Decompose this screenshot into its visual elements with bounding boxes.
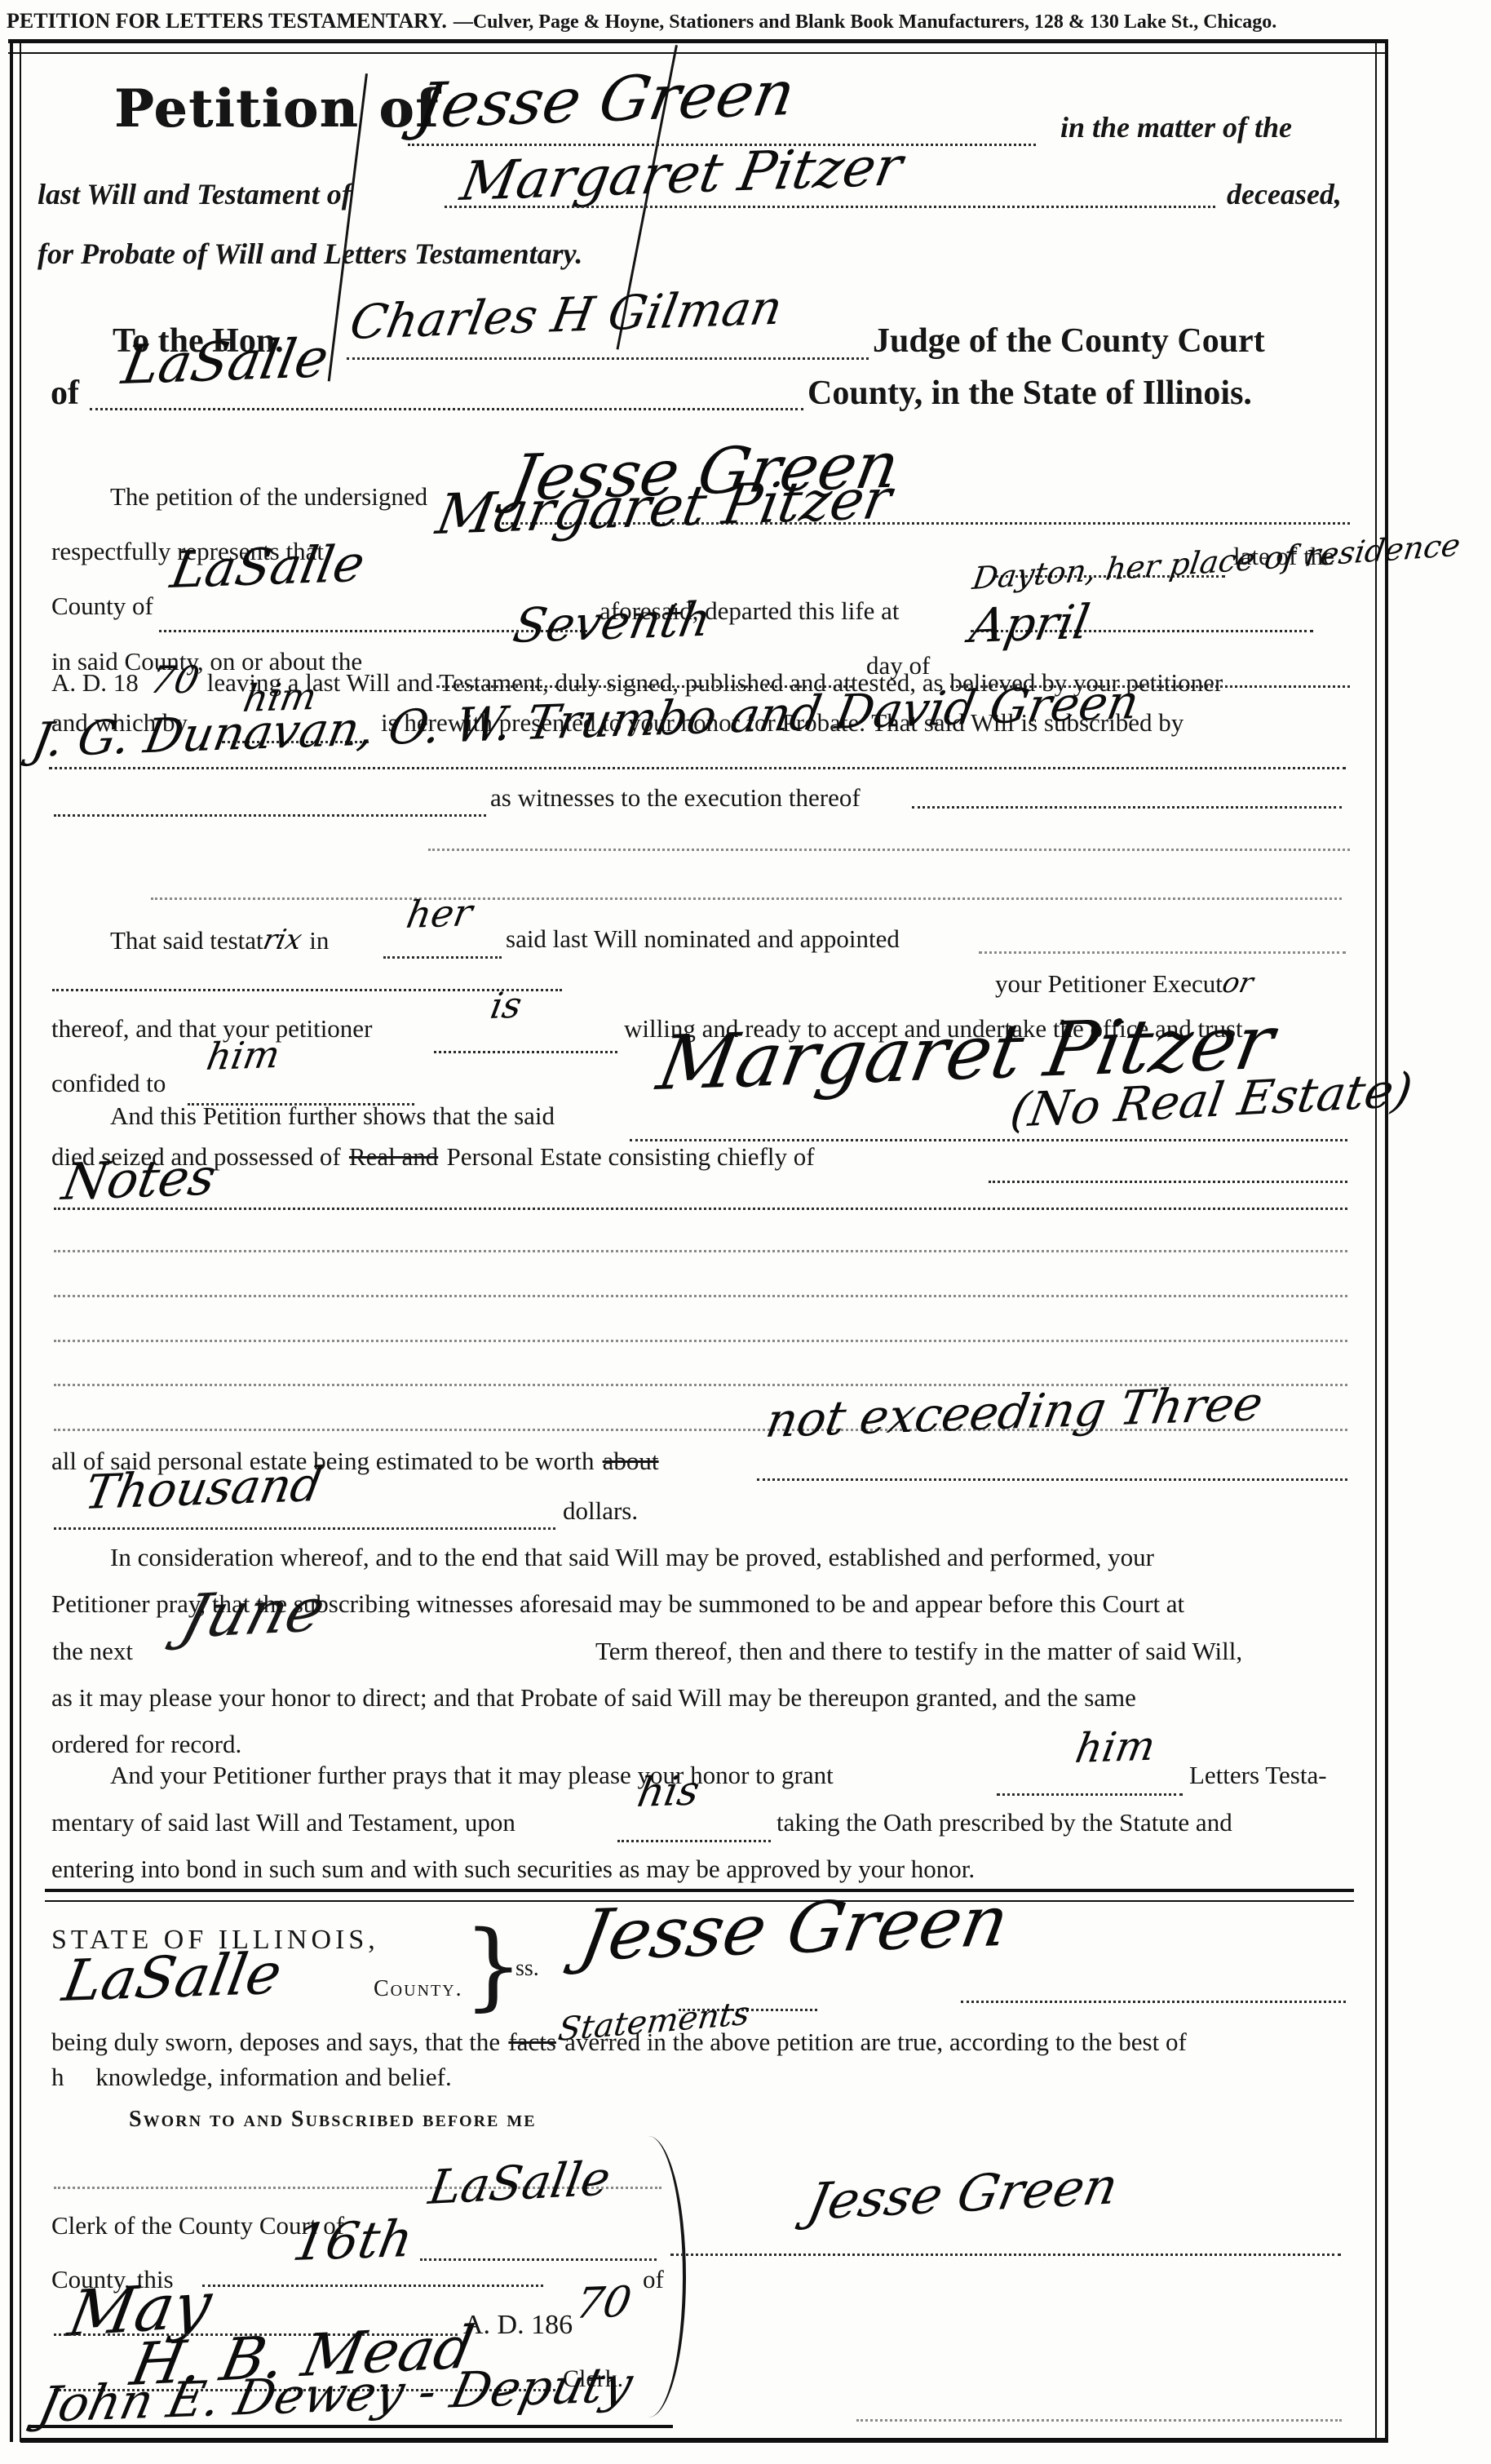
- grant-label: And your Petitioner further prays that i…: [110, 1762, 834, 1789]
- testat-label: That said testat: [110, 926, 263, 955]
- dotted-line: [434, 1051, 617, 1053]
- dotted-line: [617, 1840, 771, 1842]
- top-rule-heavy: [8, 39, 1388, 43]
- dotted-line: [997, 1793, 1183, 1796]
- further-shows-label: And this Petition further shows that the…: [110, 1103, 555, 1130]
- executor-line: your Petitioner Executor: [995, 969, 1253, 999]
- dotted-line: [151, 897, 1342, 900]
- dotted-line: [757, 1478, 1347, 1481]
- witnesses-label: as witnesses to the execution thereof: [490, 785, 861, 812]
- of-label-bottom: of: [643, 2267, 664, 2293]
- him-entry: him: [204, 1035, 283, 1075]
- struck-about: about: [603, 1447, 659, 1475]
- year-entry: 70: [573, 2281, 635, 2325]
- county-state-text: County, in the State of Illinois.: [807, 375, 1252, 411]
- deputy-signature: John E. Dewey - Deputy: [34, 2360, 637, 2430]
- printer-imprint: —Culver, Page & Hoyne, Stationers and Bl…: [453, 11, 1276, 33]
- dotted-line: [347, 357, 869, 360]
- notes-entry: Notes: [59, 1152, 219, 1208]
- oath-text: taking the Oath prescribed by the Statut…: [776, 1810, 1232, 1837]
- sworn-pre-text: being duly sworn, deposes and says, that…: [51, 2027, 500, 2056]
- in-matter-text: in the matter of the: [1060, 113, 1292, 144]
- knowledge-line: h knowledge, information and belief.: [51, 2064, 452, 2091]
- her-entry: her: [404, 893, 476, 933]
- dotted-line: [202, 2285, 543, 2287]
- jurat-brace: }: [463, 1911, 524, 2021]
- county-name-entry: LaSalle: [118, 331, 332, 392]
- prayer-line4: as it may please your honor to direct; a…: [51, 1685, 1136, 1712]
- in-label: in: [309, 926, 329, 955]
- dotted-line: [445, 206, 1215, 208]
- dotted-line: [856, 2419, 1342, 2422]
- dotted-line: [670, 2253, 1341, 2256]
- sworn-subscribed-label: Sworn to and Subscribed before me: [129, 2107, 537, 2131]
- dollars-label: dollars.: [563, 1498, 638, 1525]
- dotted-line: [54, 814, 486, 817]
- petitioner-signature: Jesse Green: [803, 2161, 1122, 2227]
- worth-amount2-entry: Thousand: [82, 1460, 325, 1516]
- is-entry: is: [488, 988, 524, 1025]
- county-of-label: County of: [51, 593, 153, 620]
- judge-name-entry: Charles H Gilman: [347, 284, 785, 346]
- struck-real-and: Real and: [349, 1142, 438, 1171]
- county-entry: LaSalle: [167, 538, 369, 596]
- petitioner-name-entry: Jesse Green: [412, 62, 799, 137]
- ad-186-label: A. D. 186: [463, 2311, 573, 2340]
- decedent-name-entry2: Margaret Pitzer: [432, 472, 896, 543]
- page-header: PETITION FOR LETTERS TESTAMENTARY.—Culve…: [7, 10, 1276, 33]
- last-will-text: last Will and Testament of: [38, 179, 352, 211]
- the-next-label: the next: [52, 1638, 133, 1665]
- dotted-line: [383, 956, 502, 959]
- dotted-line: [54, 1340, 1347, 1342]
- ss-label: ss.: [515, 1957, 539, 1980]
- dotted-line: [54, 1527, 555, 1530]
- dotted-line: [961, 2001, 1346, 2003]
- dotted-line: [630, 1139, 1347, 1141]
- form-title: PETITION FOR LETTERS TESTAMENTARY.: [7, 9, 447, 33]
- deputy-underline: [29, 2425, 673, 2428]
- dotted-line: [90, 408, 803, 410]
- affiant-signature: Jesse Green: [575, 1886, 1014, 1971]
- death-month-entry: April: [967, 598, 1093, 649]
- probate-line-text: for Probate of Will and Letters Testamen…: [38, 239, 582, 270]
- struck-facts: facts: [508, 2027, 556, 2056]
- dotted-line: [52, 989, 562, 991]
- personal-estate-label: Personal Estate consisting chiefly of: [446, 1142, 814, 1171]
- dotted-line: [428, 849, 1350, 851]
- term-thereof-text: Term thereof, then and there to testify …: [595, 1638, 1242, 1665]
- day-entry: 16th: [290, 2214, 417, 2268]
- death-year-entry: 70: [147, 660, 203, 699]
- executor-label: your Petitioner Execut: [995, 969, 1223, 998]
- mentary-label: mentary of said last Will and Testament,…: [51, 1810, 515, 1837]
- dotted-line: [54, 1250, 1347, 1252]
- executor-suffix-entry: or: [1219, 969, 1255, 999]
- dotted-line: [989, 1181, 1347, 1183]
- dotted-line: [420, 2258, 657, 2261]
- letters-testa-text: Letters Testa-: [1189, 1762, 1327, 1789]
- county-label: County.: [374, 1977, 463, 2001]
- confided-label: confided to: [51, 1070, 166, 1097]
- document-page: PETITION FOR LETTERS TESTAMENTARY.—Culve…: [0, 0, 1491, 2464]
- top-rule-thin: [8, 52, 1388, 54]
- testatrix-suffix-entry: rix: [260, 926, 304, 955]
- jurat-county-entry: LaSalle: [59, 1945, 285, 2010]
- clerk-county-entry: LaSalle: [426, 2155, 613, 2211]
- dotted-line: [54, 1295, 1347, 1297]
- prayer-line5: ordered for record.: [51, 1731, 241, 1758]
- dotted-line: [912, 806, 1342, 809]
- petition-line1: The petition of the undersigned: [110, 484, 427, 511]
- of-label: of: [51, 375, 79, 411]
- nomination-line1: That said testatrixin: [110, 926, 329, 955]
- death-day-entry: Seventh: [510, 596, 715, 649]
- worth-amount-entry: not exceeding Three: [763, 1380, 1267, 1444]
- dotted-line: [49, 767, 1346, 769]
- upon-his-entry: his: [635, 1770, 702, 1813]
- death-place-entry: Dayton, her place of residence: [971, 530, 1462, 594]
- deceased-text: deceased,: [1227, 179, 1342, 211]
- left-border-inner: [20, 39, 21, 2442]
- sworn-line: being duly sworn, deposes and says, that…: [51, 2029, 1187, 2056]
- right-border-inner: [1375, 39, 1377, 2442]
- bottom-rule-heavy: [20, 2438, 1388, 2443]
- dotted-line: [979, 951, 1346, 954]
- ad-18-label: A. D. 18: [51, 668, 139, 697]
- decedent-name-entry: Margaret Pitzer: [457, 140, 906, 209]
- term-entry: June: [175, 1580, 332, 1647]
- sworn-post-text: averred in the above petition are true, …: [564, 2027, 1187, 2056]
- dotted-line: [54, 1208, 1347, 1210]
- left-border-outer: [10, 39, 13, 2442]
- nominated-text: said last Will nominated and appointed: [506, 926, 900, 953]
- prayer-line1: In consideration whereof, and to the end…: [110, 1544, 1154, 1571]
- right-border-outer: [1385, 39, 1388, 2442]
- grant-him-entry: him: [1073, 1726, 1158, 1769]
- judge-title-text: Judge of the County Court: [873, 323, 1265, 359]
- petition-of-heading: Petition of: [114, 82, 440, 136]
- prayer-line8: entering into bond in such sum and with …: [51, 1856, 975, 1883]
